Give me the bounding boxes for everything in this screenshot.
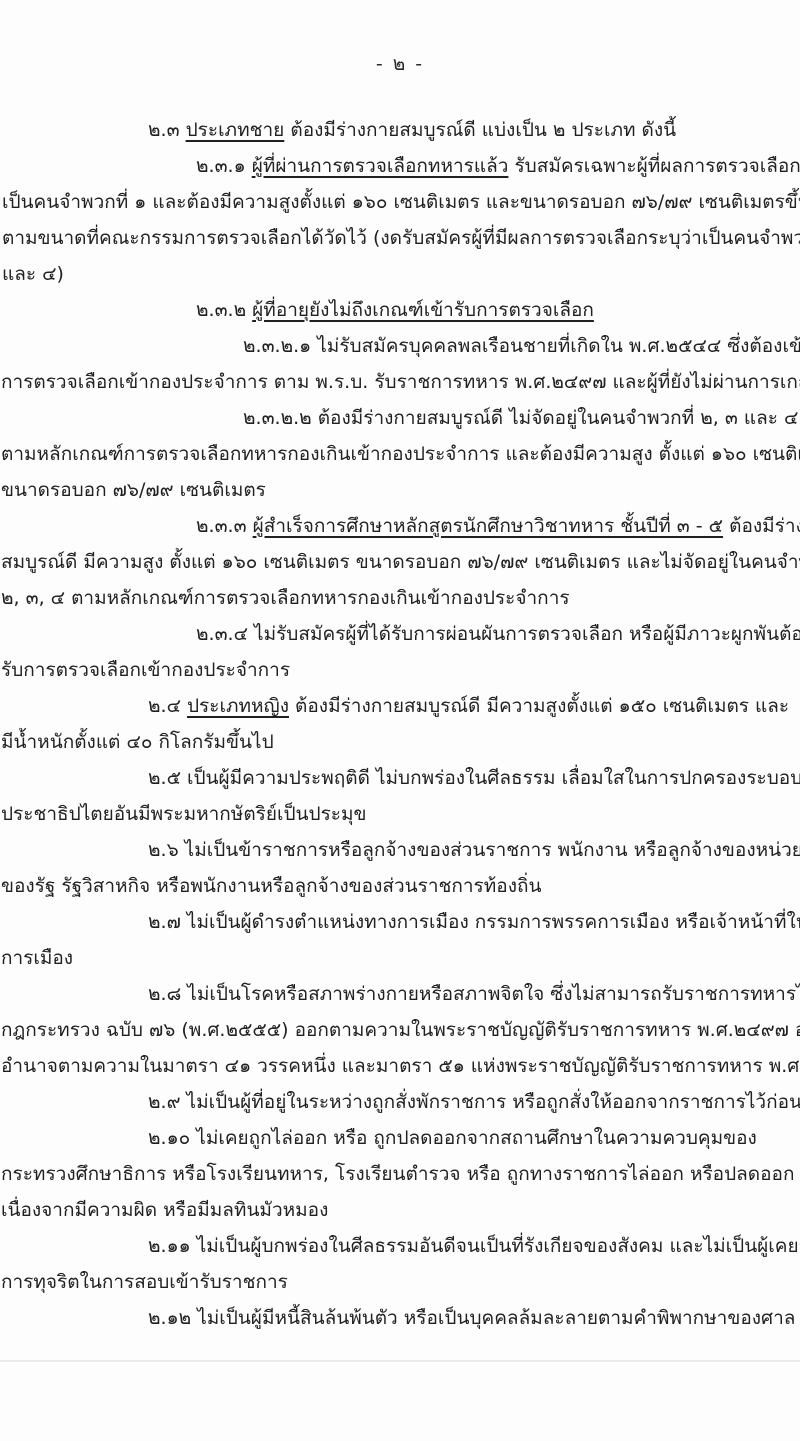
text-segment: ๒.๖ ไม่เป็นข้าราชการหรือลูกจ้างของส่วนรา…	[148, 839, 800, 861]
text-line: ๒, ๓, ๔ ตามหลักเกณฑ์การตรวจเลือกทหารกองเ…	[1, 580, 800, 616]
text-segment: เป็นคนจำพวกที่ ๑ และต้องมีความสูงตั้งแต่…	[2, 191, 800, 213]
text-segment: ๒.๑๑ ไม่เป็นผู้บกพร่องในศีลธรรมอันดีจนเป…	[148, 1235, 800, 1257]
document-body: ๒.๓ ประเภทชาย ต้องมีร่างกายสมบูรณ์ดี แบ่…	[0, 112, 800, 1336]
text-segment: อำนาจตามความในมาตรา ๔๑ วรรคหนึ่ง และมาตร…	[1, 1055, 800, 1077]
text-segment: ๒.๑๒ ไม่เป็นผู้มีหนี้สินล้นพ้นตัว หรือเป…	[148, 1307, 795, 1329]
text-line: ประชาธิปไตยอันมีพระมหากษัตริย์เป็นประมุข	[1, 796, 800, 832]
text-segment: ต้องมีร่างกายสมบูรณ์ดี มีความสูงตั้งแต่ …	[289, 695, 789, 717]
text-segment: กระทรวงศึกษาธิการ หรือโรงเรียนทหาร, โรงเ…	[1, 1163, 800, 1185]
text-line: ๒.๓ ประเภทชาย ต้องมีร่างกายสมบูรณ์ดี แบ่…	[148, 112, 800, 148]
text-segment: ๒.๓.๔ ไม่รับสมัครผู้ที่ได้รับการผ่อนผันก…	[196, 623, 800, 645]
text-line: อำนาจตามความในมาตรา ๔๑ วรรคหนึ่ง และมาตร…	[1, 1048, 800, 1084]
text-segment: การเมือง	[1, 947, 73, 969]
text-segment: ต้องมีร่างกาย	[723, 515, 800, 537]
text-line: ๒.๓.๔ ไม่รับสมัครผู้ที่ได้รับการผ่อนผันก…	[196, 616, 800, 652]
page-number: - ๒ -	[0, 50, 800, 78]
text-line: สมบูรณ์ดี มีความสูง ตั้งแต่ ๑๖๐ เซนติเมต…	[1, 544, 800, 580]
text-segment: ๒.๕ เป็นผู้มีความประพฤติดี ไม่บกพร่องในศ…	[148, 767, 800, 789]
text-segment: และ ๔)	[2, 263, 64, 285]
text-segment: รับการตรวจเลือกเข้ากองประจำการ	[1, 659, 290, 681]
text-segment: ๒.๘ ไม่เป็นโรคหรือสภาพร่างกายหรือสภาพจิต…	[148, 983, 800, 1005]
text-line: การตรวจเลือกเข้ากองประจำการ ตาม พ.ร.บ. ร…	[1, 364, 800, 400]
text-line: เนื่องจากมีความผิด หรือมีมลทินมัวหมอง	[1, 1192, 800, 1228]
text-line: ๒.๔ ประเภทหญิง ต้องมีร่างกายสมบูรณ์ดี มี…	[148, 688, 800, 724]
text-line: ของรัฐ รัฐวิสาหกิจ หรือพนักงานหรือลูกจ้า…	[1, 868, 800, 904]
text-segment: ๒.๑๐ ไม่เคยถูกไล่ออก หรือ ถูกปลดออกจากสถ…	[148, 1127, 757, 1149]
text-segment: เนื่องจากมีความผิด หรือมีมลทินมัวหมอง	[1, 1199, 328, 1221]
text-line: ๒.๓.๑ ผู้ที่ผ่านการตรวจเลือกทหารแล้ว รับ…	[196, 148, 800, 184]
underlined-phrase: ประเภทชาย	[186, 119, 285, 141]
underlined-phrase: ผู้ที่อายุยังไม่ถึงเกณฑ์เข้ารับการตรวจเล…	[252, 299, 594, 321]
text-line: ๒.๓.๒.๒ ต้องมีร่างกายสมบูรณ์ดี ไม่จัดอยู…	[243, 400, 800, 436]
text-segment: ๒.๓.๑	[196, 155, 252, 177]
text-segment: ตามหลักเกณฑ์การตรวจเลือกทหารกองเกินเข้าก…	[1, 443, 800, 465]
text-line: ๒.๙ ไม่เป็นผู้ที่อยู่ในระหว่างถูกสั่งพัก…	[148, 1084, 800, 1120]
text-segment: กฎกระทรวง ฉบับ ๗๖ (พ.ศ.๒๕๕๕) ออกตามความใ…	[1, 1019, 800, 1041]
text-segment: ๒.๓	[148, 119, 186, 141]
text-segment: ๒.๗ ไม่เป็นผู้ดำรงตำแหน่งทางการเมือง กรร…	[148, 911, 800, 933]
text-segment: ประชาธิปไตยอันมีพระมหากษัตริย์เป็นประมุข	[1, 803, 367, 825]
text-segment: การตรวจเลือกเข้ากองประจำการ ตาม พ.ร.บ. ร…	[1, 371, 800, 393]
text-segment: ขนาดรอบอก ๗๖/๗๙ เซนติเมตร	[1, 479, 266, 501]
text-segment: ต้องมีร่างกายสมบูรณ์ดี แบ่งเป็น ๒ ประเภท…	[284, 119, 676, 141]
text-segment: ๒.๓.๒.๒ ต้องมีร่างกายสมบูรณ์ดี ไม่จัดอยู…	[243, 407, 798, 429]
text-segment: ๒.๓.๒	[196, 299, 252, 321]
underlined-phrase: ประเภทหญิง	[187, 695, 289, 717]
text-line: เป็นคนจำพวกที่ ๑ และต้องมีความสูงตั้งแต่…	[2, 184, 800, 220]
scan-artifact-line	[0, 1360, 800, 1362]
text-line: ขนาดรอบอก ๗๖/๗๙ เซนติเมตร	[1, 472, 800, 508]
underlined-phrase: ผู้สำเร็จการศึกษาหลักสูตรนักศึกษาวิชาทหา…	[253, 515, 723, 537]
text-line: ๒.๑๒ ไม่เป็นผู้มีหนี้สินล้นพ้นตัว หรือเป…	[148, 1300, 800, 1336]
text-segment: ของรัฐ รัฐวิสาหกิจ หรือพนักงานหรือลูกจ้า…	[1, 875, 541, 897]
text-segment: ๒.๔	[148, 695, 187, 717]
text-line: ๒.๓.๒.๑ ไม่รับสมัครบุคคลพลเรือนชายที่เกิ…	[243, 328, 800, 364]
text-line: ๒.๕ เป็นผู้มีความประพฤติดี ไม่บกพร่องในศ…	[148, 760, 800, 796]
text-line: ตามหลักเกณฑ์การตรวจเลือกทหารกองเกินเข้าก…	[1, 436, 800, 472]
text-line: รับการตรวจเลือกเข้ากองประจำการ	[1, 652, 800, 688]
text-line: และ ๔)	[2, 256, 800, 292]
text-segment: ตามขนาดที่คณะกรรมการตรวจเลือกได้วัดไว้ (…	[2, 227, 800, 249]
text-line: ๒.๑๐ ไม่เคยถูกไล่ออก หรือ ถูกปลดออกจากสถ…	[148, 1120, 800, 1156]
text-line: ๒.๘ ไม่เป็นโรคหรือสภาพร่างกายหรือสภาพจิต…	[148, 976, 800, 1012]
text-line: กฎกระทรวง ฉบับ ๗๖ (พ.ศ.๒๕๕๕) ออกตามความใ…	[1, 1012, 800, 1048]
text-segment: รับสมัครเฉพาะผู้ที่ผลการตรวจเลือกระบุว่า	[508, 155, 800, 177]
text-line: การเมือง	[1, 940, 800, 976]
text-segment: ๒.๓.๓	[196, 515, 253, 537]
text-segment: สมบูรณ์ดี มีความสูง ตั้งแต่ ๑๖๐ เซนติเมต…	[1, 551, 800, 573]
text-line: มีน้ำหนักตั้งแต่ ๔๐ กิโลกรัมขึ้นไป	[1, 724, 800, 760]
text-segment: ๒.๓.๒.๑ ไม่รับสมัครบุคคลพลเรือนชายที่เกิ…	[243, 335, 800, 357]
text-line: ๒.๖ ไม่เป็นข้าราชการหรือลูกจ้างของส่วนรา…	[148, 832, 800, 868]
text-segment: ๒, ๓, ๔ ตามหลักเกณฑ์การตรวจเลือกทหารกองเ…	[1, 587, 570, 609]
scanned-document-page: - ๒ - ๒.๓ ประเภทชาย ต้องมีร่างกายสมบูรณ์…	[0, 0, 800, 1441]
text-line: ๒.๑๑ ไม่เป็นผู้บกพร่องในศีลธรรมอันดีจนเป…	[148, 1228, 800, 1264]
text-line: ๒.๓.๒ ผู้ที่อายุยังไม่ถึงเกณฑ์เข้ารับการ…	[196, 292, 800, 328]
text-segment: การทุจริตในการสอบเข้ารับราชการ	[1, 1271, 288, 1293]
text-line: การทุจริตในการสอบเข้ารับราชการ	[1, 1264, 800, 1300]
text-line: ตามขนาดที่คณะกรรมการตรวจเลือกได้วัดไว้ (…	[2, 220, 800, 256]
underlined-phrase: ผู้ที่ผ่านการตรวจเลือกทหารแล้ว	[252, 155, 509, 177]
text-segment: ๒.๙ ไม่เป็นผู้ที่อยู่ในระหว่างถูกสั่งพัก…	[148, 1091, 800, 1113]
text-line: ๒.๗ ไม่เป็นผู้ดำรงตำแหน่งทางการเมือง กรร…	[148, 904, 800, 940]
text-segment: มีน้ำหนักตั้งแต่ ๔๐ กิโลกรัมขึ้นไป	[1, 731, 274, 753]
text-line: ๒.๓.๓ ผู้สำเร็จการศึกษาหลักสูตรนักศึกษาว…	[196, 508, 800, 544]
text-line: กระทรวงศึกษาธิการ หรือโรงเรียนทหาร, โรงเ…	[1, 1156, 800, 1192]
